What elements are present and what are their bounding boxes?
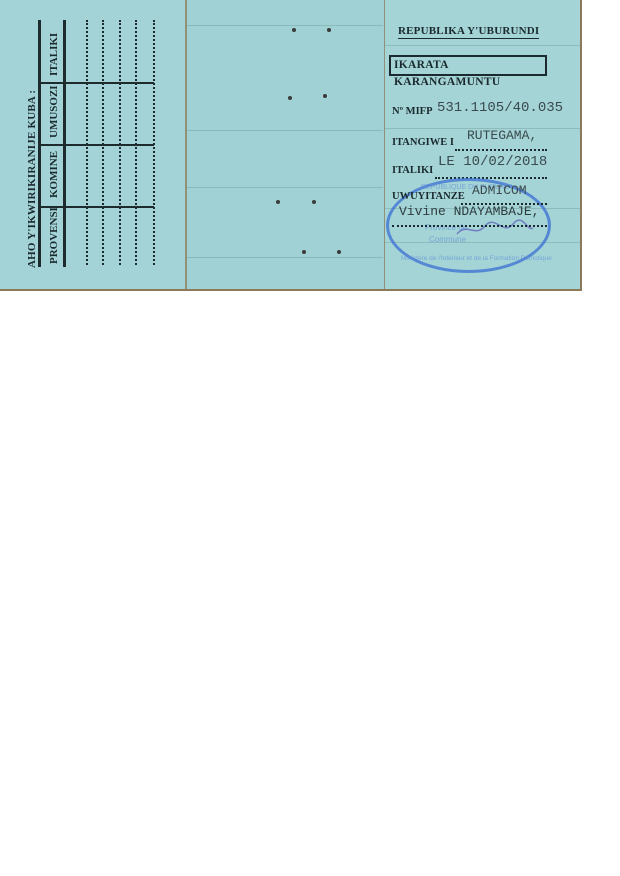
column-header-provensi: PROVENSI bbox=[48, 207, 60, 264]
staple-hole bbox=[302, 250, 306, 254]
country-header: REPUBLIKA Y'UBURUNDI bbox=[398, 25, 539, 39]
middle-panel-blank bbox=[187, 0, 383, 289]
staple-hole bbox=[288, 96, 292, 100]
signature-icon bbox=[455, 218, 535, 240]
table-row-line bbox=[86, 20, 88, 265]
column-header-umusozi: UMUSOZI bbox=[48, 85, 60, 138]
staple-hole bbox=[337, 250, 341, 254]
stamp-bottom-text: Ministère de l'Intérieur et de la Format… bbox=[401, 255, 552, 262]
faint-line bbox=[385, 45, 580, 46]
italiki-label: ITALIKI bbox=[392, 165, 433, 176]
itangiwe-value: RUTEGAMA, bbox=[467, 128, 537, 143]
faint-line bbox=[187, 130, 383, 131]
left-panel-residence-table: AHO Y'IKWIRIKIRANIJE KUBA : PROVENSI KOM… bbox=[0, 0, 185, 289]
table-row-line bbox=[102, 20, 104, 265]
card-title: IKARATA KARANGAMUNTU bbox=[389, 55, 547, 76]
staple-hole bbox=[312, 200, 316, 204]
table-row-line bbox=[135, 20, 137, 265]
column-separator bbox=[40, 82, 154, 84]
itangiwe-label: ITANGIWE I bbox=[392, 137, 454, 148]
signatory-name: Vivine NDAYAMBAJE, bbox=[399, 204, 539, 219]
itangiwe-dotted-line bbox=[455, 149, 547, 151]
mifp-label: Nº MIFP bbox=[392, 106, 433, 117]
staple-hole bbox=[292, 28, 296, 32]
residence-table-title: AHO Y'IKWIRIKIRANIJE KUBA : bbox=[26, 90, 38, 268]
id-card: AHO Y'IKWIRIKIRANIJE KUBA : PROVENSI KOM… bbox=[0, 0, 582, 291]
column-separator bbox=[40, 144, 154, 146]
column-header-italiki: ITALIKI bbox=[48, 33, 60, 76]
uwuyitanze-label: UWUYITANZE bbox=[392, 191, 465, 202]
table-row-line bbox=[153, 20, 155, 265]
faint-line bbox=[187, 187, 383, 188]
uwuyitanze-value: ADMICOM bbox=[472, 183, 527, 198]
staple-hole bbox=[323, 94, 327, 98]
faint-line bbox=[187, 25, 383, 26]
column-header-komine: KOMINE bbox=[48, 151, 60, 198]
faint-line bbox=[187, 257, 383, 258]
staple-hole bbox=[327, 28, 331, 32]
staple-hole bbox=[276, 200, 280, 204]
signatory-dotted-line bbox=[392, 225, 547, 227]
mifp-value: 531.1105/40.035 bbox=[437, 100, 563, 116]
italiki-value: LE 10/02/2018 bbox=[438, 154, 547, 170]
table-row-line bbox=[119, 20, 121, 265]
